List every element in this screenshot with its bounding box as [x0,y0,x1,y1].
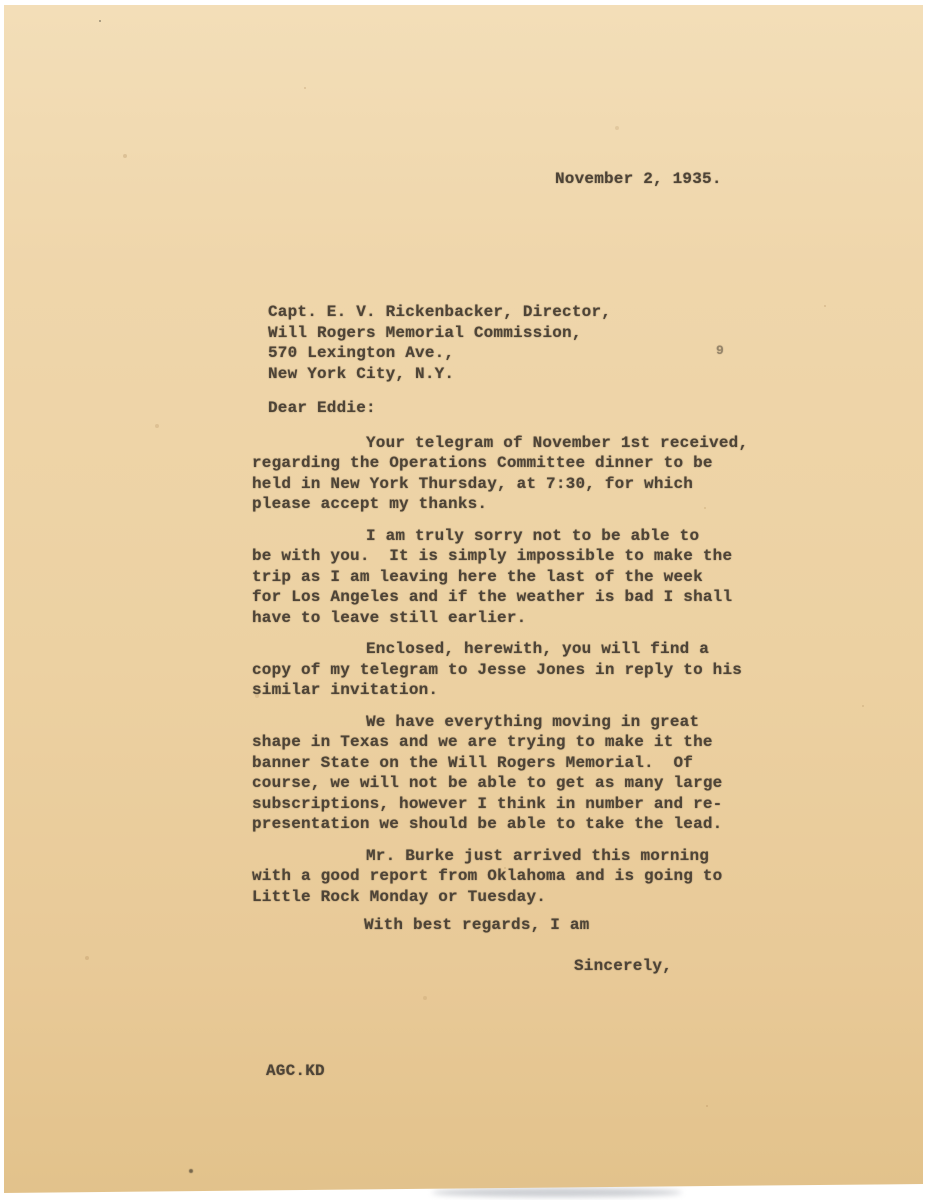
paper-edge-shadow [432,1188,682,1197]
paragraph-2: I am truly sorry not to be able to be wi… [252,526,776,629]
signoff: Sincerely, [574,956,776,977]
paper-texture-specks [4,5,6,7]
scan-background: { "page": { "paper_color": "#eed4a8", "i… [0,0,928,1200]
letter-body: Capt. E. V. Rickenbacker, Director, Will… [252,302,776,1082]
paragraph-3: Enclosed, herewith, you will find a copy… [252,639,776,701]
letter-paper: November 2, 1935. 9 Capt. E. V. Rickenba… [4,5,923,1196]
letter-date: November 2, 1935. [555,170,722,188]
paragraph-1: Your telegram of November 1st received, … [252,433,776,515]
recipient-address: Capt. E. V. Rickenbacker, Director, Will… [268,302,776,384]
reference-initials: AGC.KD [266,1061,776,1082]
paragraph-4: We have everything moving in great shape… [252,712,776,835]
closing-line: With best regards, I am [364,915,776,936]
paragraph-5: Mr. Burke just arrived this morning with… [252,846,776,908]
salutation: Dear Eddie: [268,398,776,419]
